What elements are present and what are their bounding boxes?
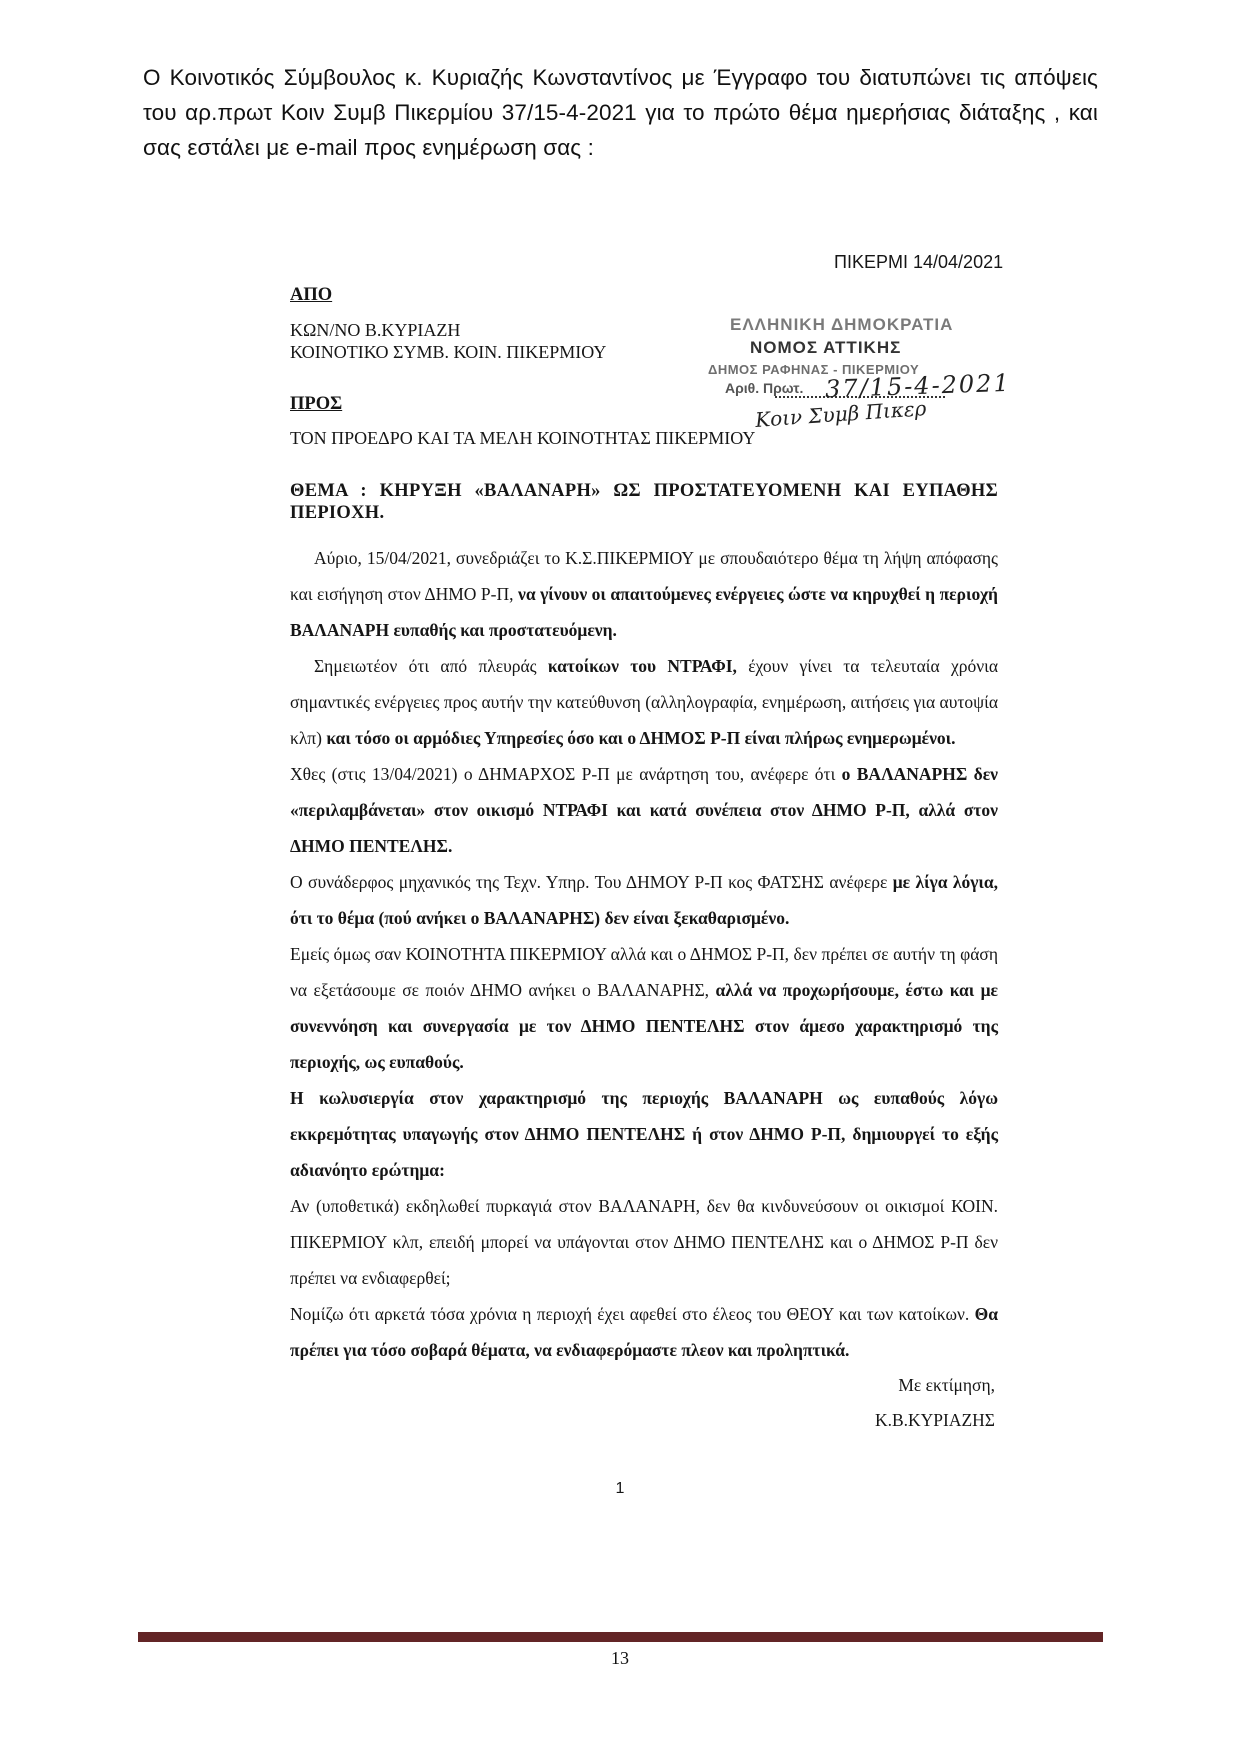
letter-paragraph: Σημειωτέον ότι από πλευράς κατοίκων του … xyxy=(290,648,998,756)
from-line-name: ΚΩΝ/ΝΟ Β.ΚΥΡΙΑΖΗ xyxy=(290,320,460,341)
letter-paragraph: Αύριο, 15/04/2021, συνεδριάζει το Κ.Σ.ΠΙ… xyxy=(290,540,998,648)
letter-paragraph: Ο συνάδερφος μηχανικός της Τεχν. Υπηρ. Τ… xyxy=(290,864,998,936)
handwritten-note: Κοιν Συμβ Πικερ xyxy=(754,396,927,432)
registry-stamp: ΕΛΛΗΝΙΚΗ ΔΗΜΟΚΡΑΤΙΑ ΝΟΜΟΣ ΑΤΤΙΚΗΣ ΔΗΜΟΣ … xyxy=(700,310,1020,450)
text-run: Νομίζω ότι αρκετά τόσα χρόνια η περιοχή … xyxy=(290,1304,975,1324)
signature: Κ.Β.ΚΥΡΙΑΖΗΣ xyxy=(875,1410,995,1431)
stamp-line-1: ΕΛΛΗΝΙΚΗ ΔΗΜΟΚΡΑΤΙΑ xyxy=(730,315,953,335)
text-run: Σημειωτέον ότι από πλευράς xyxy=(314,656,548,676)
text-run: Χθες (στις 13/04/2021) ο ΔΗΜΑΡΧΟΣ Ρ-Π με… xyxy=(290,764,842,784)
letter-paragraph: Αν (υποθετικά) εκδηλωθεί πυρκαγιά στον Β… xyxy=(290,1188,998,1296)
letter-paragraph: Εμείς όμως σαν ΚΟΙΝΟΤΗΤΑ ΠΙΚΕΡΜΙΟΥ αλλά … xyxy=(290,936,998,1080)
bold-run: Η κωλυσιεργία στον χαρακτηρισμό της περι… xyxy=(290,1088,998,1180)
to-label: ΠΡΟΣ xyxy=(290,394,342,415)
letter-body: Αύριο, 15/04/2021, συνεδριάζει το Κ.Σ.ΠΙ… xyxy=(290,540,998,1368)
bold-run: και τόσο οι αρμόδιες Υπηρεσίες όσο και ο… xyxy=(326,728,955,748)
bold-run: κατοίκων του ΝΤΡΑΦΙ, xyxy=(548,656,737,676)
text-run: Αν (υποθετικά) εκδηλωθεί πυρκαγιά στον Β… xyxy=(290,1196,998,1288)
footer-rule xyxy=(138,1632,1103,1642)
from-line-role: ΚΟΙΝΟΤΙΚΟ ΣΥΜΒ. ΚΟΙΝ. ΠΙΚΕΡΜΙΟΥ xyxy=(290,342,606,363)
page-number: 13 xyxy=(0,1648,1240,1669)
place-date: ΠΙΚΕΡΜΙ 14/04/2021 xyxy=(834,252,1003,273)
stamp-line-2: ΝΟΜΟΣ ΑΤΤΙΚΗΣ xyxy=(750,338,901,358)
letter-paragraph: Η κωλυσιεργία στον χαρακτηρισμό της περι… xyxy=(290,1080,998,1188)
from-label: ΑΠΟ xyxy=(290,285,332,306)
to-line: ΤΟΝ ΠΡΟΕΔΡΟ ΚΑΙ ΤΑ ΜΕΛΗ ΚΟΙΝΟΤΗΤΑΣ ΠΙΚΕΡ… xyxy=(290,428,755,449)
text-run: Ο συνάδερφος μηχανικός της Τεχν. Υπηρ. Τ… xyxy=(290,872,893,892)
letter-paragraph: Νομίζω ότι αρκετά τόσα χρόνια η περιοχή … xyxy=(290,1296,998,1368)
inner-page-number: 1 xyxy=(0,1480,1240,1498)
scanned-letter: ΠΙΚΕΡΜΙ 14/04/2021 ΑΠΟ ΚΩΝ/ΝΟ Β.ΚΥΡΙΑΖΗ … xyxy=(0,0,1240,1754)
letter-subject: ΘΕΜΑ : ΚΗΡΥΞΗ «ΒΑΛΑΝΑΡΗ» ΩΣ ΠΡΟΣΤΑΤΕΥΟΜΕ… xyxy=(290,480,998,524)
letter-paragraph: Χθες (στις 13/04/2021) ο ΔΗΜΑΡΧΟΣ Ρ-Π με… xyxy=(290,756,998,864)
closing: Με εκτίμηση, xyxy=(898,1375,995,1396)
stamp-line-4: Αριθ. Πρωτ. xyxy=(725,380,803,396)
